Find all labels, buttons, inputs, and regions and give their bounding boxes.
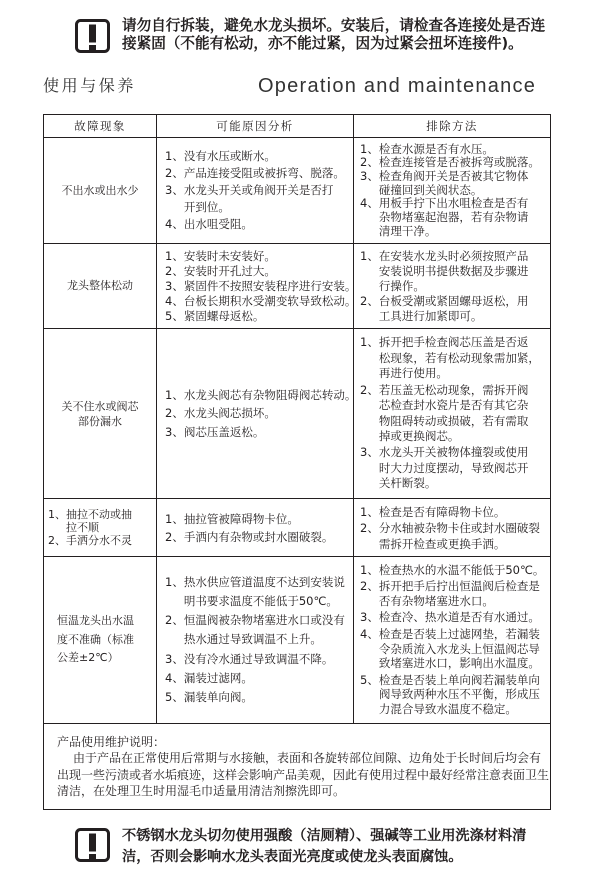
item-text-line: 在安装水龙头时必须按照产品 xyxy=(379,249,529,264)
notes-paragraph-line: 由于产品在正常使用后常期与水接触，表面和各旋转部位间隙、边角处于长时间后均会有 xyxy=(57,750,550,767)
table-header-row: 故障现象 可能原因分析 排除方法 xyxy=(44,115,551,138)
item-number: 3、 xyxy=(360,445,379,491)
item-text-line: 水龙头开关或角阀开关是否打 xyxy=(184,182,334,199)
cell-symptom: 龙头整体松动 xyxy=(44,244,157,329)
item-text-line: 掉或更换阀芯。 xyxy=(379,429,529,444)
cell-symptom: 关不住水或阀芯 部份漏水 xyxy=(44,329,157,499)
warning-text: 不锈钢水龙头切勿使用强酸（洁厕精）、强碱等工业用洗涤材料清 洁，否则会影响水龙头… xyxy=(122,826,526,867)
list-item: 3、水龙头开关或角阀开关是否打开到位。 xyxy=(165,182,353,216)
item-text-line: 抽拉不动或抽 xyxy=(66,508,132,521)
item-number: 5、 xyxy=(360,673,379,717)
warning-notice-top: 请勿自行拆装，避免水龙头损坏。安装后，请检查各连接处是否连 接紧固（不能有松动，… xyxy=(75,19,555,53)
item-text-line: 紧固螺母返松。 xyxy=(184,309,265,324)
warning-notice-bottom: 不锈钢水龙头切勿使用强酸（洁厕精）、强碱等工业用洗涤材料清 洁，否则会影响水龙头… xyxy=(75,828,555,862)
item-text-line: 松现象，若有松动现象需加紧， xyxy=(379,351,540,366)
item-text-line: 需拆开检查或更换手洒。 xyxy=(379,536,540,552)
cell-symptom: 恒温龙头出水温 度不准确（标准 公差±2℃） xyxy=(44,557,157,724)
item-text-line: 清理干净。 xyxy=(379,225,529,239)
cell-solutions: 1、在安装水龙头时必须按照产品安装说明书提供数据及步骤进行操作。 2、台板受潮或… xyxy=(354,244,551,329)
item-number: 1、 xyxy=(48,508,66,534)
list-item: 2、台板受潮或紧固螺母返松，用工具进行加紧即可。 xyxy=(360,294,550,324)
symptom-text-line: 恒温龙头出水温 xyxy=(57,612,156,631)
notes-paragraph-line: 清洁，在处理卫生时用湿毛巾适量用清洁剂擦洗即可。 xyxy=(57,783,550,800)
item-number: 2、 xyxy=(360,579,379,609)
column-header-causes: 可能原因分析 xyxy=(157,115,354,138)
list-item: 4、用板手拧下出水咀检查是否有杂物堵塞起泡器，若有杂物请清理干净。 xyxy=(360,197,550,238)
exclamation-warning-icon xyxy=(75,19,110,53)
notes-paragraph-line: 出现一些污渍或者水垢痕迹，这样会影响产品美观，因此有使用过程中最好经常注意表面卫… xyxy=(57,767,550,784)
list-item: 1、热水供应管道温度不达到安装说明书要求温度不能低于50℃。 xyxy=(165,573,353,611)
item-number: 4、 xyxy=(165,216,184,233)
item-number: 1、 xyxy=(360,249,379,294)
column-header-solutions: 排除方法 xyxy=(354,115,551,138)
item-text-line: 紧固件不按照安装程序进行安装。 xyxy=(184,279,357,294)
cell-solutions: 1、检查热水的水温不能低于50℃。 2、拆开把手后拧出恒温阀后检查是否有杂物堵塞… xyxy=(354,557,551,724)
cell-solutions: 1、检查是否有障碍物卡位。 2、分水轴被杂物卡住或封水圈破裂需拆开检查或更换手洒… xyxy=(354,499,551,557)
item-number: 3、 xyxy=(360,610,379,625)
list-item: 1、拆开把手检查阀芯压盖是否返松现象，若有松动现象需加紧，再进行使用。 xyxy=(360,335,550,381)
list-item: 4、漏装过滤网。 xyxy=(165,669,353,688)
item-number: 1、 xyxy=(360,335,379,381)
cell-symptom: 1、抽拉不动或抽拉不顺 2、手洒分水不灵 xyxy=(44,499,157,557)
item-number: 3、 xyxy=(165,279,184,294)
item-number: 2、 xyxy=(165,264,184,279)
list-item: 2、拆开把手后拧出恒温阀后检查是否有杂物堵塞进水口。 xyxy=(360,579,550,609)
item-text-line: 水龙头阀芯有杂物阻碍阀芯转动。 xyxy=(184,386,357,405)
item-text-line: 安装时开孔过大。 xyxy=(184,264,276,279)
item-number: 2、 xyxy=(360,156,379,170)
list-item: 2、恒温阀被杂物堵塞进水口或没有热水通过导致调温不上升。 xyxy=(165,611,353,649)
item-text-line: 工具进行加紧即可。 xyxy=(379,309,529,324)
list-item: 4、台板长期积水受潮变软导致松动。 xyxy=(165,294,353,309)
item-text-line: 出水咀受阻。 xyxy=(184,216,253,233)
item-text-line: 拆开把手后拧出恒温阀后检查是 xyxy=(379,579,540,594)
list-item: 1、检查热水的水温不能低于50℃。 xyxy=(360,563,550,578)
list-item: 1、检查是否有障碍物卡位。 xyxy=(360,504,550,520)
item-number: 2、 xyxy=(165,611,184,649)
item-number: 2、 xyxy=(360,383,379,445)
item-text-line: 漏装过滤网。 xyxy=(184,669,253,688)
item-text-line: 产品连接受阻或被拆弯、脱落。 xyxy=(184,165,345,182)
item-number: 1、 xyxy=(360,563,379,578)
item-text-line: 力混合导致水温度不稳定。 xyxy=(379,702,540,717)
item-number: 2、 xyxy=(360,520,379,552)
item-text-line: 检查水源是否有水压。 xyxy=(379,143,494,157)
item-text-line: 若压盖无松动现象，需拆开阀 xyxy=(379,383,529,398)
item-number: 2、 xyxy=(165,165,184,182)
symptom-text-line: 关不住水或阀芯 xyxy=(44,399,156,414)
item-text-line: 碰撞回到关阀状态。 xyxy=(379,184,529,198)
table-row: 1、抽拉不动或抽拉不顺 2、手洒分水不灵 1、抽拉管被障碍物卡位。 2、手洒内有… xyxy=(44,499,551,557)
list-item: 1、安装时未安装好。 xyxy=(165,249,353,264)
item-number: 4、 xyxy=(360,627,379,671)
list-item: 1、检查水源是否有水压。 xyxy=(360,143,550,157)
item-text-line: 手洒内有杂物或封水圈破裂。 xyxy=(184,528,334,546)
item-number: 1、 xyxy=(360,504,379,520)
cell-causes: 1、热水供应管道温度不达到安装说明书要求温度不能低于50℃。 2、恒温阀被杂物堵… xyxy=(157,557,354,724)
cell-causes: 1、抽拉管被障碍物卡位。 2、手洒内有杂物或封水圈破裂。 xyxy=(157,499,354,557)
item-text-line: 行操作。 xyxy=(379,279,529,294)
item-text-line: 检查冷、热水道是否有水通过。 xyxy=(379,610,540,625)
column-header-symptom: 故障现象 xyxy=(44,115,157,138)
item-text-line: 检查连接管是否被拆弯或脱落。 xyxy=(379,156,540,170)
list-item: 3、紧固件不按照安装程序进行安装。 xyxy=(165,279,353,294)
list-item: 1、在安装水龙头时必须按照产品安装说明书提供数据及步骤进行操作。 xyxy=(360,249,550,294)
item-text-line: 用板手拧下出水咀检查是否有 xyxy=(379,197,529,211)
item-number: 3、 xyxy=(165,650,184,669)
item-number: 1、 xyxy=(165,573,184,611)
item-number: 1、 xyxy=(165,148,184,165)
item-text-line: 拆开把手检查阀芯压盖是否返 xyxy=(379,335,540,350)
item-text-line: 抽拉管被障碍物卡位。 xyxy=(184,510,299,528)
item-text-line: 分水轴被杂物卡住或封水圈破裂 xyxy=(379,520,540,536)
table-row: 恒温龙头出水温 度不准确（标准 公差±2℃） 1、热水供应管道温度不达到安装说明… xyxy=(44,557,551,724)
item-text-line: 手洒分水不灵 xyxy=(66,534,132,547)
item-text-line: 关杆断裂。 xyxy=(379,476,529,491)
symptom-text-line: 龙头整体松动 xyxy=(44,279,156,293)
item-text-line: 明书要求温度不能低于50℃。 xyxy=(184,592,345,611)
item-text-line: 安装时未安装好。 xyxy=(184,249,276,264)
list-item: 1、水龙头阀芯有杂物阻碍阀芯转动。 xyxy=(165,386,353,405)
cell-causes: 1、安装时未安装好。 2、安装时开孔过大。 3、紧固件不按照安装程序进行安装。 … xyxy=(157,244,354,329)
item-text-line: 热水通过导致调温不上升。 xyxy=(184,630,345,649)
item-text-line: 阀导致两种水压不平衡，形成压 xyxy=(379,687,540,702)
list-item: 1、抽拉管被障碍物卡位。 xyxy=(165,510,353,528)
item-number: 5、 xyxy=(165,309,184,324)
item-text-line: 检查是否装上过滤网垫，若漏装 xyxy=(379,627,540,642)
item-number: 2、 xyxy=(360,294,379,324)
list-item: 3、阀芯压盖返松。 xyxy=(165,423,353,442)
item-text-line: 再进行使用。 xyxy=(379,366,540,381)
list-item: 3、检查角阀开关是否被其它物体碰撞回到关阀状态。 xyxy=(360,170,550,197)
list-item: 3、水龙头开关被物体撞裂或使用时大力过度摆动，导致阀芯开关杆断裂。 xyxy=(360,445,550,491)
item-number: 4、 xyxy=(360,197,379,238)
troubleshooting-table: 故障现象 可能原因分析 排除方法 不出水或出水少 1、没有水压或断水。 2、产品… xyxy=(43,114,551,810)
item-text-line: 阀芯压盖返松。 xyxy=(184,423,265,442)
item-text-line: 检查角阀开关是否被其它物体 xyxy=(379,170,529,184)
list-item: 2、分水轴被杂物卡住或封水圈破裂需拆开检查或更换手洒。 xyxy=(360,520,550,552)
symptom-text-line: 度不准确（标准 xyxy=(57,631,156,650)
warning-text-line: 不锈钢水龙头切勿使用强酸（洁厕精）、强碱等工业用洗涤材料清 xyxy=(122,826,526,847)
item-text-line: 水龙头阀芯损坏。 xyxy=(184,404,276,423)
item-text-line: 台板长期积水受潮变软导致松动。 xyxy=(184,294,357,309)
item-text-line: 检查是否装上单向阀若漏装单向 xyxy=(379,673,540,688)
item-number: 4、 xyxy=(165,669,184,688)
notes-row: 产品使用维护说明： 由于产品在正常使用后常期与水接触，表面和各旋转部位间隙、边角… xyxy=(44,724,551,810)
item-text-line: 致堵塞进水口，影响出水温度。 xyxy=(379,656,540,671)
list-item: 2、水龙头阀芯损坏。 xyxy=(165,404,353,423)
list-item: 4、出水咀受阻。 xyxy=(165,216,353,233)
item-text-line: 开到位。 xyxy=(184,199,334,216)
item-text-line: 台板受潮或紧固螺母返松，用 xyxy=(379,294,529,309)
exclamation-warning-icon xyxy=(75,828,110,862)
warning-text: 请勿自行拆装，避免水龙头损坏。安装后，请检查各连接处是否连 接紧固（不能有松动，… xyxy=(122,17,545,53)
list-item: 2、手洒分水不灵 xyxy=(48,534,156,547)
item-text-line: 令杂质流入水龙头上恒温阀芯导 xyxy=(379,642,540,657)
list-item: 1、抽拉不动或抽拉不顺 xyxy=(48,508,156,534)
item-number: 5、 xyxy=(165,688,184,707)
cell-causes: 1、水龙头阀芯有杂物阻碍阀芯转动。 2、水龙头阀芯损坏。 3、阀芯压盖返松。 xyxy=(157,329,354,499)
warning-text-line: 洁，否则会影响水龙头表面光亮度或使龙头表面腐蚀。 xyxy=(122,847,526,868)
cell-solutions: 1、检查水源是否有水压。 2、检查连接管是否被拆弯或脱落。 3、检查角阀开关是否… xyxy=(354,138,551,244)
symptom-text-line: 公差±2℃） xyxy=(57,649,156,668)
item-number: 1、 xyxy=(165,249,184,264)
list-item: 5、检查是否装上单向阀若漏装单向阀导致两种水压不平衡，形成压力混合导致水温度不稳… xyxy=(360,673,550,717)
maintenance-notes: 产品使用维护说明： 由于产品在正常使用后常期与水接触，表面和各旋转部位间隙、边角… xyxy=(44,724,551,810)
list-item: 5、紧固螺母返松。 xyxy=(165,309,353,324)
cell-solutions: 1、拆开把手检查阀芯压盖是否返松现象，若有松动现象需加紧，再进行使用。 2、若压… xyxy=(354,329,551,499)
warning-text-line: 请勿自行拆装，避免水龙头损坏。安装后，请检查各连接处是否连 xyxy=(122,17,545,35)
symptom-text-line: 不出水或出水少 xyxy=(44,184,156,198)
item-number: 1、 xyxy=(165,510,184,528)
item-text-line: 没有冷水通过导致调温不降。 xyxy=(184,650,334,669)
list-item: 2、若压盖无松动现象，需拆开阀芯检查封水瓷片是否有其它杂物阻碍转动或损破，若有需… xyxy=(360,383,550,445)
item-text-line: 热水供应管道温度不达到安装说 xyxy=(184,573,345,592)
list-item: 3、检查冷、热水道是否有水通过。 xyxy=(360,610,550,625)
item-text-line: 检查是否有障碍物卡位。 xyxy=(379,504,506,520)
list-item: 5、漏装单向阀。 xyxy=(165,688,353,707)
item-number: 4、 xyxy=(165,294,184,309)
item-number: 2、 xyxy=(48,534,66,547)
item-text-line: 没有水压或断水。 xyxy=(184,148,276,165)
list-item: 2、安装时开孔过大。 xyxy=(165,264,353,279)
symptom-text-line: 部份漏水 xyxy=(44,414,156,429)
list-item: 2、手洒内有杂物或封水圈破裂。 xyxy=(165,528,353,546)
section-title-en: Operation and maintenance xyxy=(258,74,536,98)
item-number: 1、 xyxy=(165,386,184,405)
item-text-line: 否有杂物堵塞进水口。 xyxy=(379,594,540,609)
item-text-line: 漏装单向阀。 xyxy=(184,688,253,707)
item-text-line: 拉不顺 xyxy=(66,521,132,534)
warning-text-line: 接紧固（不能有松动，亦不能过紧，因为过紧会扭坏连接件)。 xyxy=(122,35,545,53)
item-number: 3、 xyxy=(360,170,379,197)
item-text-line: 时大力过度摆动，导致阀芯开 xyxy=(379,461,529,476)
item-text-line: 杂物堵塞起泡器，若有杂物请 xyxy=(379,211,529,225)
item-text-line: 物阻碍转动或损破，若有需取 xyxy=(379,414,529,429)
item-text-line: 水龙头开关被物体撞裂或使用 xyxy=(379,445,529,460)
item-text-line: 芯检查封水瓷片是否有其它杂 xyxy=(379,398,529,413)
table-row: 龙头整体松动 1、安装时未安装好。 2、安装时开孔过大。 3、紧固件不按照安装程… xyxy=(44,244,551,329)
item-number: 3、 xyxy=(165,423,184,442)
list-item: 1、没有水压或断水。 xyxy=(165,148,353,165)
section-title-cn: 使用与保养 xyxy=(43,76,136,96)
list-item: 2、产品连接受阻或被拆弯、脱落。 xyxy=(165,165,353,182)
cell-symptom: 不出水或出水少 xyxy=(44,138,157,244)
item-text-line: 安装说明书提供数据及步骤进 xyxy=(379,264,529,279)
item-number: 3、 xyxy=(165,182,184,216)
cell-causes: 1、没有水压或断水。 2、产品连接受阻或被拆弯、脱落。 3、水龙头开关或角阀开关… xyxy=(157,138,354,244)
item-number: 2、 xyxy=(165,528,184,546)
item-text-line: 恒温阀被杂物堵塞进水口或没有 xyxy=(184,611,345,630)
item-number: 1、 xyxy=(360,143,379,157)
item-text-line: 检查热水的水温不能低于50℃。 xyxy=(379,563,545,578)
table-row: 不出水或出水少 1、没有水压或断水。 2、产品连接受阻或被拆弯、脱落。 3、水龙… xyxy=(44,138,551,244)
notes-title: 产品使用维护说明： xyxy=(57,734,550,751)
list-item: 2、检查连接管是否被拆弯或脱落。 xyxy=(360,156,550,170)
item-number: 2、 xyxy=(165,404,184,423)
table-row: 关不住水或阀芯 部份漏水 1、水龙头阀芯有杂物阻碍阀芯转动。 2、水龙头阀芯损坏… xyxy=(44,329,551,499)
list-item: 3、没有冷水通过导致调温不降。 xyxy=(165,650,353,669)
list-item: 4、检查是否装上过滤网垫，若漏装令杂质流入水龙头上恒温阀芯导致堵塞进水口，影响出… xyxy=(360,627,550,671)
